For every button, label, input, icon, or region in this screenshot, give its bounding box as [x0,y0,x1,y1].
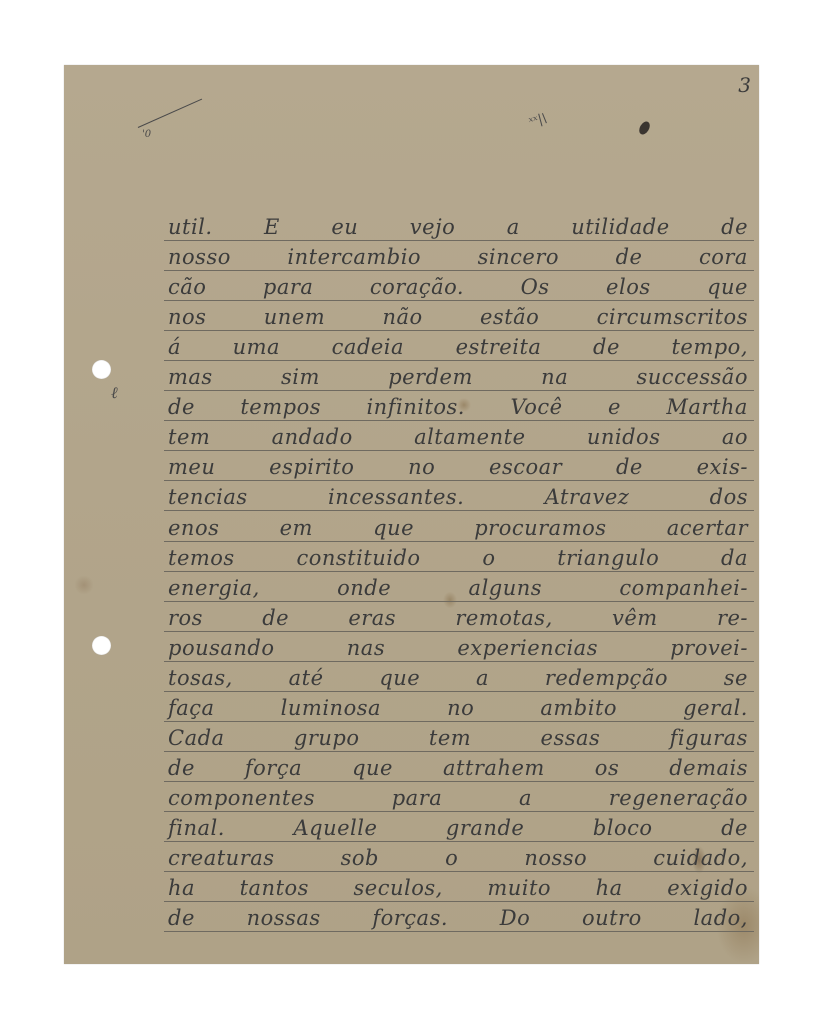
word: forças. [372,906,448,930]
text-line: util.Eeuvejoautilidadede [164,211,754,241]
word: geral. [683,696,748,720]
text-line: creaturassobonossocuidado, [164,842,754,872]
word: Do [500,906,530,930]
word: meu [168,455,215,479]
word: se [724,666,748,690]
word: remotas, [455,606,552,630]
word: redempção [545,666,668,690]
word: energia, [168,576,260,600]
word: temos [168,546,235,570]
word: incessantes. [328,485,464,509]
word: Os [521,275,550,299]
word: de [168,906,195,930]
word: perdem [388,365,473,389]
word: de [616,245,643,269]
word: sincero [478,245,559,269]
word: coração. [370,275,464,299]
word: de [262,606,289,630]
word: da [721,546,748,570]
word: Martha [666,395,748,419]
text-line: hatantosseculos,muitohaexigido [164,872,754,902]
ink-blot [637,120,652,137]
margin-tick-label: '0 [142,129,151,140]
text-line: massimperdemnasuccessão [164,361,754,391]
word: demais [669,756,748,780]
word: componentes [168,786,315,810]
word: escoar [489,455,562,479]
word: tantos [240,876,309,900]
word: Cada [168,726,225,750]
text-line: energia,ondealgunscompanhei- [164,572,754,602]
word: sob [341,846,379,870]
word: ha [596,876,623,900]
word: nos [168,305,206,329]
word: dos [710,485,748,509]
word: Aquelle [293,816,377,840]
word: altamente [414,425,525,449]
word: provei- [670,636,748,660]
word: grande [446,816,524,840]
word: eu [331,215,358,239]
word: estão [480,305,539,329]
word: cão [168,275,206,299]
word: bloco [593,816,653,840]
word: elos [606,275,651,299]
word: figuras [670,726,748,750]
margin-tick-mark [138,99,202,128]
word: que [379,666,420,690]
word: vêm [612,606,658,630]
text-line: denossasforças.Dooutrolado, [164,902,754,932]
word: creaturas [168,846,275,870]
word: companhei- [619,576,748,600]
word: vejo [410,215,455,239]
word: de [168,395,195,419]
word: alguns [469,576,543,600]
text-line: temandadoaltamenteunidosao [164,421,754,451]
text-line: final.Aquellegrandeblocode [164,812,754,842]
text-line: detemposinfinitos.VocêeMartha [164,391,754,421]
word: circumscritos [597,305,748,329]
text-line: deforçaqueattrahemosdemais [164,752,754,782]
word: mas [168,365,213,389]
text-line: nossointercambiosincerodecora [164,241,754,271]
punch-hole-bottom [92,636,111,655]
word: espirito [269,455,354,479]
word: e [608,395,621,419]
word: intercambio [287,245,421,269]
word: successão [637,365,748,389]
word: sim [281,365,320,389]
word: onde [337,576,391,600]
word: exigido [667,876,748,900]
word: lado, [693,906,748,930]
text-line: tenciasincessantes.Atravezdos [164,481,754,511]
word: a [476,666,489,690]
text-line: componentesparaaregeneração [164,782,754,812]
word: tem [168,425,210,449]
word: procuramos [474,516,606,540]
word: outro [582,906,642,930]
word: essas [541,726,601,750]
word: re- [717,606,748,630]
word: os [595,756,619,780]
word: ao [722,425,748,449]
word: pousando [168,636,275,660]
text-line: nosunemnãoestãocircumscritos [164,301,754,331]
text-line: temosconstituidootrianguloda [164,542,754,572]
word: Atravez [545,485,630,509]
word: de [168,756,195,780]
word: tencias [168,485,248,509]
word: força [245,756,302,780]
word: estreita [456,335,542,359]
word: luminosa [281,696,381,720]
word: de [721,215,748,239]
text-line: enosemqueprocuramosacertar [164,511,754,541]
text-line: tosas,atéquearedempçãose [164,662,754,692]
word: não [382,305,422,329]
word: muito [487,876,551,900]
word: unidos [587,425,661,449]
text-line: Cadagrupotemessasfiguras [164,722,754,752]
punch-hole-top [92,360,111,379]
word: E [264,215,280,239]
word: o [482,546,495,570]
word: seculos, [353,876,442,900]
word: para [263,275,314,299]
word: nosso [524,846,587,870]
word: o [445,846,458,870]
word: constituido [296,546,420,570]
word: ambito [540,696,617,720]
word: até [289,666,324,690]
page-number: 3 [738,73,751,97]
text-line: façaluminosanoambitogeral. [164,692,754,722]
text-line: áumacadeiaestreitadetempo, [164,331,754,361]
word: para [392,786,443,810]
word: de [593,335,620,359]
word: eras [348,606,396,630]
top-margin-mark: ˣˣ|\ [527,111,548,130]
text-line: rosdeerasremotas,vêmre- [164,602,754,632]
manuscript-page: 3 '0 ˣˣ|\ ℓ util.Eeuvejoautilidadede nos… [64,65,759,964]
margin-scribble: ℓ [111,383,118,403]
word: andado [272,425,353,449]
word: infinitos. [366,395,465,419]
word: a [519,786,532,810]
word: tempos [240,395,321,419]
word: tem [429,726,471,750]
word: a [507,215,520,239]
word: de [721,816,748,840]
word: que [373,516,414,540]
word: grupo [294,726,360,750]
word: acertar [667,516,748,540]
word: nas [347,636,385,660]
word: de [616,455,643,479]
word: que [352,756,393,780]
word: utilidade [571,215,669,239]
word: enos [168,516,219,540]
text-line: pousandonasexperienciasprovei- [164,632,754,662]
word: cuidado, [653,846,748,870]
word: Você [510,395,562,419]
word: no [447,696,474,720]
word: ha [168,876,195,900]
word: á [168,335,181,359]
word: tosas, [168,666,233,690]
word: nosso [168,245,231,269]
word: unem [264,305,325,329]
word: em [280,516,313,540]
word: cadeia [332,335,404,359]
text-line: cãoparacoração.Oselosque [164,271,754,301]
word: cora [699,245,748,269]
word: que [707,275,748,299]
word: na [541,365,568,389]
word: experiencias [457,636,598,660]
word: regeneração [609,786,748,810]
word: ros [168,606,203,630]
word: util. [168,215,213,239]
word: tempo, [671,335,748,359]
text-line: meuespiritonoescoardeexis- [164,451,754,481]
word: triangulo [557,546,659,570]
word: attrahem [443,756,545,780]
word: final. [168,816,225,840]
word: nossas [247,906,321,930]
word: uma [233,335,280,359]
handwritten-text-block: util.Eeuvejoautilidadede nossointercambi… [164,211,754,932]
word: faça [168,696,215,720]
word: exis- [697,455,748,479]
word: no [408,455,435,479]
